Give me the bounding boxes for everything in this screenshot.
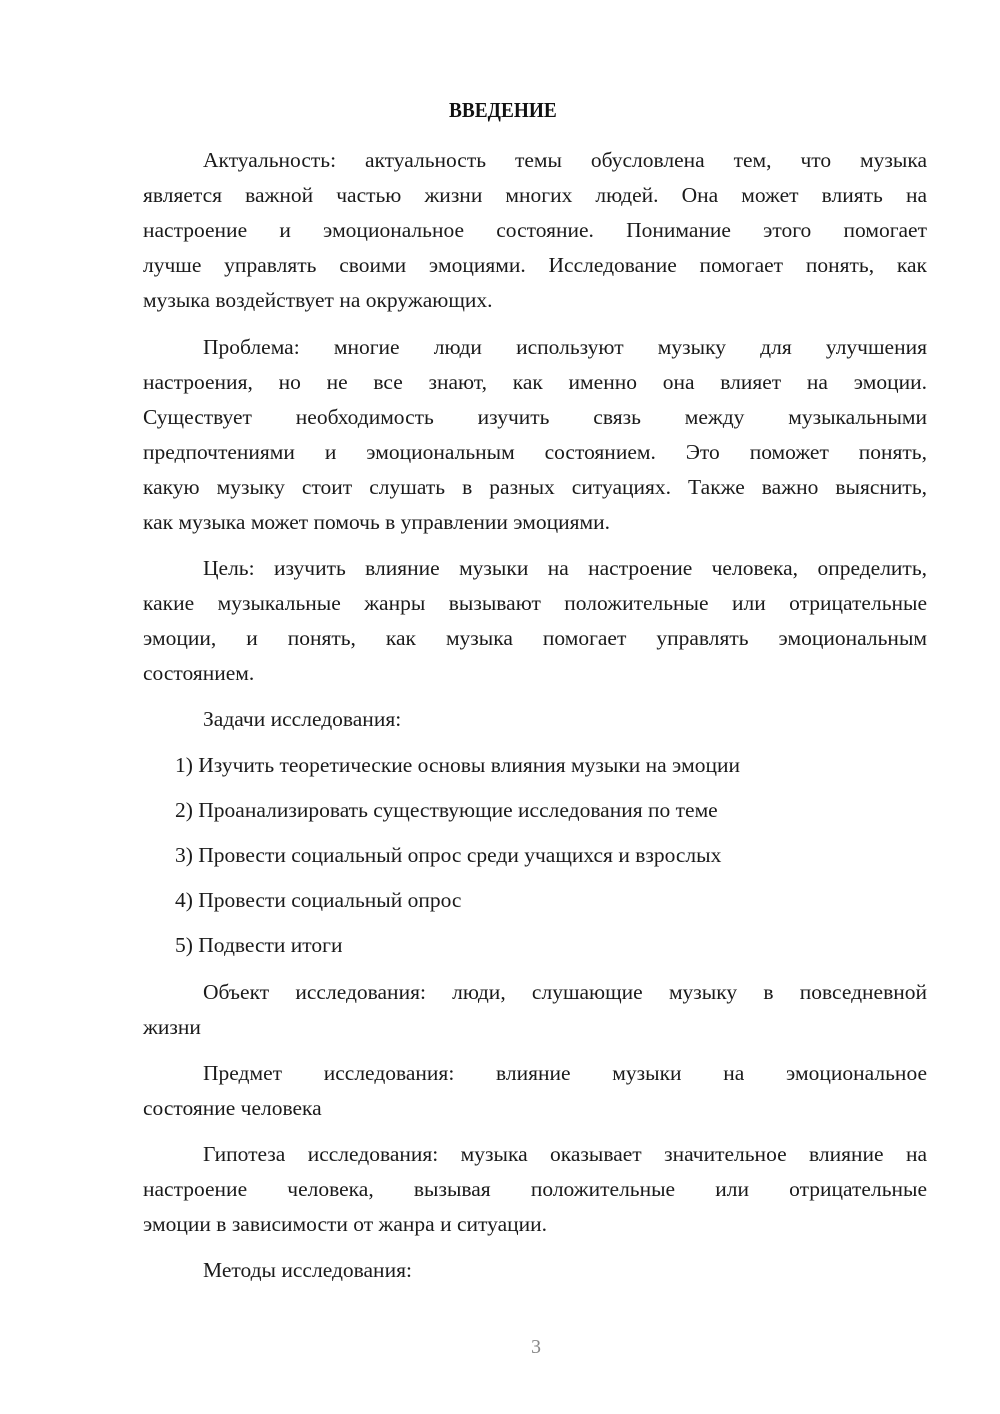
task-item: 5) Подвести итоги [175,930,927,960]
methods-heading: Методы исследования: [203,1255,927,1285]
goal-line: Цель: изучить влияние музыки на настроен… [203,553,927,583]
subject-line: состояние человека [143,1093,927,1123]
hypothesis-line: Гипотеза исследования: музыка оказывает … [203,1139,927,1169]
problem-line: как музыка может помочь в управлении эмо… [143,507,927,537]
goal-line: какие музыкальные жанры вызывают положит… [143,588,927,618]
problem-line: Существует необходимость изучить связь м… [143,402,927,432]
goal-line: состоянием. [143,658,927,688]
problem-line: Проблема: многие люди используют музыку … [203,332,927,362]
relevance-line: Актуальность: актуальность темы обусловл… [203,145,927,175]
relevance-line: настроение и эмоциональное состояние. По… [143,215,927,245]
hypothesis-line: настроение человека, вызывая положительн… [143,1174,927,1204]
problem-line: предпочтениями и эмоциональным состояние… [143,437,927,467]
task-item: 4) Провести социальный опрос [175,885,927,915]
task-item: 3) Провести социальный опрос среди учащи… [175,840,927,870]
tasks-heading: Задачи исследования: [203,704,927,734]
document-page: ВВЕДЕНИЕ Актуальность: актуальность темы… [0,0,1000,1414]
page-title: ВВЕДЕНИЕ [43,98,963,123]
task-item: 2) Проанализировать существующие исследо… [175,795,927,825]
relevance-line: является важной частью жизни многих люде… [143,180,927,210]
relevance-line: музыка воздействует на окружающих. [143,285,927,315]
object-line: жизни [143,1012,927,1042]
page-number: 3 [0,1336,1000,1359]
object-line: Объект исследования: люди, слушающие муз… [203,977,927,1007]
hypothesis-line: эмоции в зависимости от жанра и ситуации… [143,1209,927,1239]
problem-line: настроения, но не все знают, как именно … [143,367,927,397]
subject-line: Предмет исследования: влияние музыки на … [203,1058,927,1088]
task-item: 1) Изучить теоретические основы влияния … [175,750,927,780]
relevance-line: лучше управлять своими эмоциями. Исследо… [143,250,927,280]
goal-line: эмоции, и понять, как музыка помогает уп… [143,623,927,653]
problem-line: какую музыку стоит слушать в разных ситу… [143,472,927,502]
